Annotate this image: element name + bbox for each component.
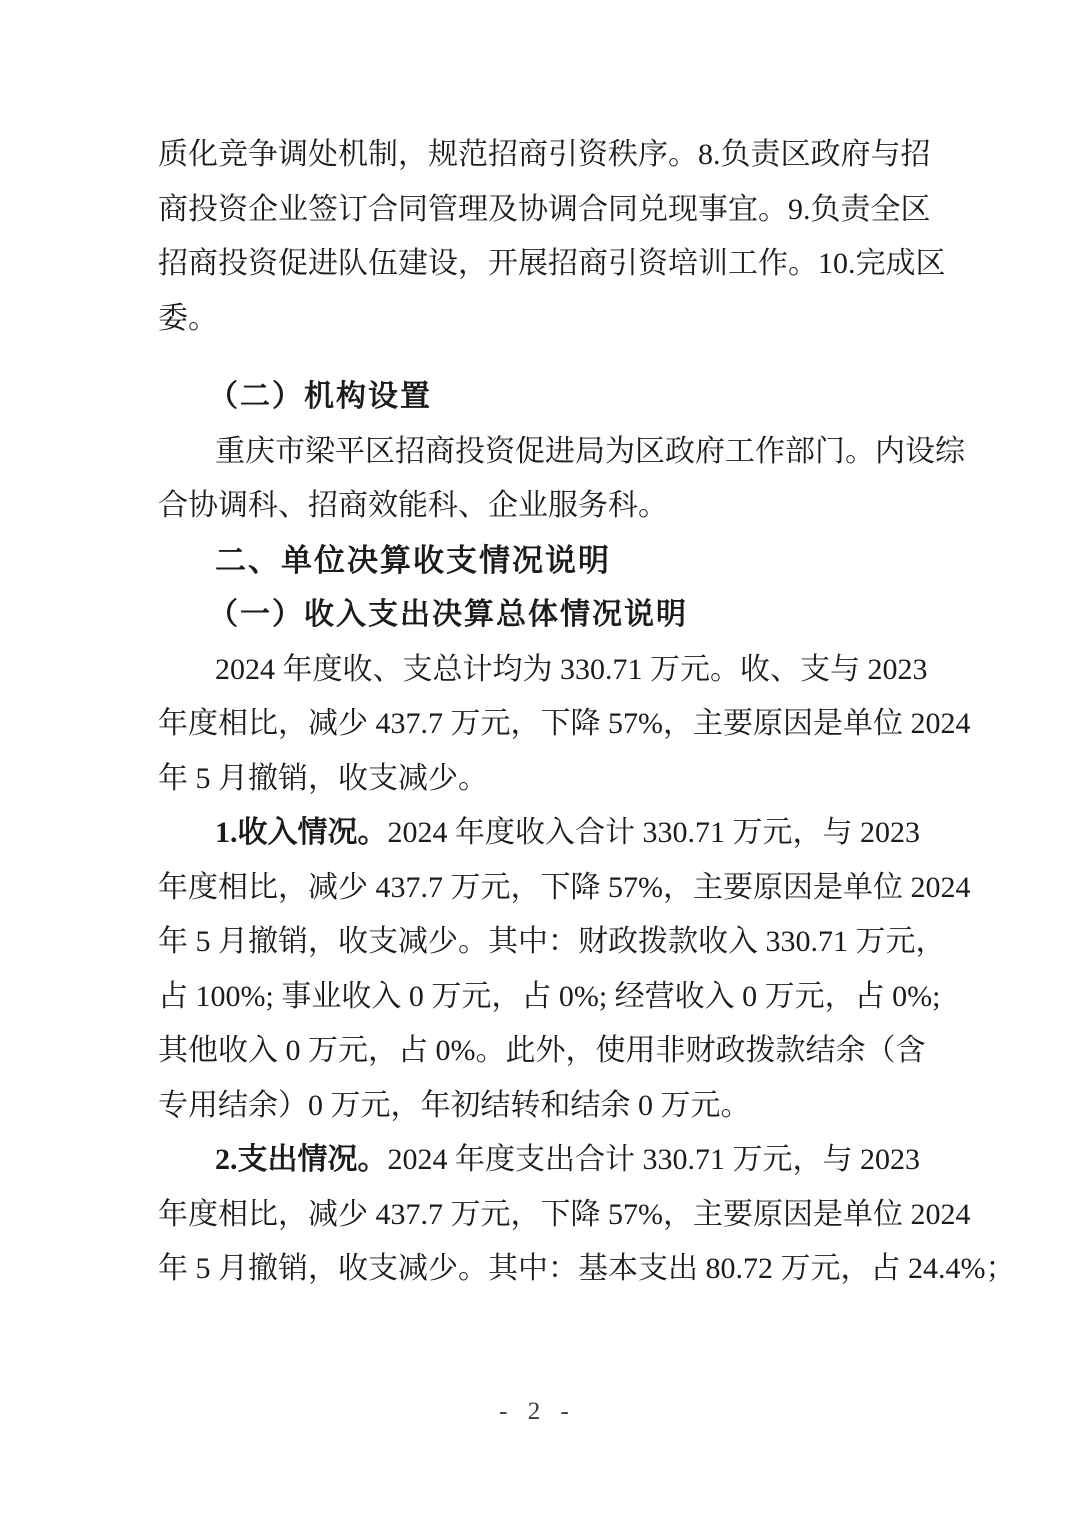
document-body: 质化竞争调处机制，规范招商引资秩序。8.负责区政府与招商投资企业签订合同管理及协… <box>158 128 914 1297</box>
section-heading: 二、单位决算收支情况说明 <box>158 534 914 589</box>
text-segment: 年度相比，减少 437.7 万元，下降 57%，主要原因是单位 2024 <box>158 871 971 904</box>
text-line: 招商投资促进队伍建设，开展招商引资培训工作。10.完成区 <box>158 237 914 292</box>
text-segment: 2024 年度收入合计 330.71 万元，与 2023 <box>388 816 921 849</box>
text-segment: 委。 <box>158 302 218 335</box>
section-heading: （一）收入支出决算总体情况说明 <box>158 588 914 643</box>
text-line: 合协调科、招商效能科、企业服务科。 <box>158 479 914 534</box>
text-segment: 质化竞争调处机制，规范招商引资秩序。8.负责区政府与招 <box>158 138 931 171</box>
text-segment: 商投资企业签订合同管理及协调合同兑现事宜。9.负责全区 <box>158 193 931 226</box>
text-segment: 2024 年度支出合计 330.71 万元，与 2023 <box>388 1143 921 1176</box>
text-line: 委。 <box>158 292 914 347</box>
text-segment: 招商投资促进队伍建设，开展招商引资培训工作。10.完成区 <box>158 247 946 280</box>
text-line: 年 5 月撤销，收支减少。 <box>158 752 914 807</box>
text-segment: 年度相比，减少 437.7 万元，下降 57%，主要原因是单位 2024 <box>158 1198 971 1231</box>
text-line: 占 100%; 事业收入 0 万元，占 0%; 经营收入 0 万元，占 0%; <box>158 970 914 1025</box>
text-line: 年 5 月撤销，收支减少。其中：基本支出 80.72 万元，占 24.4%； <box>158 1242 914 1297</box>
text-segment: 2.支出情况。 <box>215 1143 388 1176</box>
text-line: 年度相比，减少 437.7 万元，下降 57%，主要原因是单位 2024 <box>158 697 914 752</box>
page-number: - 2 - <box>0 1398 1075 1426</box>
text-segment: 年 5 月撤销，收支减少。其中：基本支出 80.72 万元，占 24.4%； <box>158 1252 1016 1285</box>
text-line: 2.支出情况。2024 年度支出合计 330.71 万元，与 2023 <box>158 1133 914 1188</box>
document-page: 质化竞争调处机制，规范招商引资秩序。8.负责区政府与招商投资企业签订合同管理及协… <box>0 0 1075 1520</box>
text-segment: （一）收入支出决算总体情况说明 <box>208 598 688 631</box>
text-line: 商投资企业签订合同管理及协调合同兑现事宜。9.负责全区 <box>158 183 914 238</box>
text-segment: 占 100%; 事业收入 0 万元，占 0%; 经营收入 0 万元，占 0%; <box>158 980 940 1013</box>
text-line: 其他收入 0 万元，占 0%。此外，使用非财政拨款结余（含 <box>158 1024 914 1079</box>
text-line: 专用结余）0 万元，年初结转和结余 0 万元。 <box>158 1079 914 1134</box>
text-line: 年 5 月撤销，收支减少。其中：财政拨款收入 330.71 万元， <box>158 915 914 970</box>
text-segment: 年 5 月撤销，收支减少。 <box>158 762 488 795</box>
text-segment: 年度相比，减少 437.7 万元，下降 57%，主要原因是单位 2024 <box>158 707 971 740</box>
text-segment: 年 5 月撤销，收支减少。其中：财政拨款收入 330.71 万元， <box>158 925 946 958</box>
text-line: 重庆市梁平区招商投资促进局为区政府工作部门。内设综 <box>158 425 914 480</box>
text-segment: 1.收入情况。 <box>215 816 388 849</box>
text-line: 质化竞争调处机制，规范招商引资秩序。8.负责区政府与招 <box>158 128 914 183</box>
text-segment: 其他收入 0 万元，占 0%。此外，使用非财政拨款结余（含 <box>158 1034 926 1067</box>
text-segment: 合协调科、招商效能科、企业服务科。 <box>158 489 668 522</box>
text-line: 2024 年度收、支总计均为 330.71 万元。收、支与 2023 <box>158 643 914 698</box>
text-segment: 2024 年度收、支总计均为 330.71 万元。收、支与 2023 <box>215 653 928 686</box>
text-segment: 专用结余）0 万元，年初结转和结余 0 万元。 <box>158 1089 751 1122</box>
text-line: 1.收入情况。2024 年度收入合计 330.71 万元，与 2023 <box>158 806 914 861</box>
text-segment: 重庆市梁平区招商投资促进局为区政府工作部门。内设综 <box>215 435 965 468</box>
text-segment: 二、单位决算收支情况说明 <box>215 543 611 578</box>
text-segment: （二）机构设置 <box>208 380 432 413</box>
text-line: 年度相比，减少 437.7 万元，下降 57%，主要原因是单位 2024 <box>158 1188 914 1243</box>
text-line: 年度相比，减少 437.7 万元，下降 57%，主要原因是单位 2024 <box>158 861 914 916</box>
section-heading: （二）机构设置 <box>158 370 914 425</box>
